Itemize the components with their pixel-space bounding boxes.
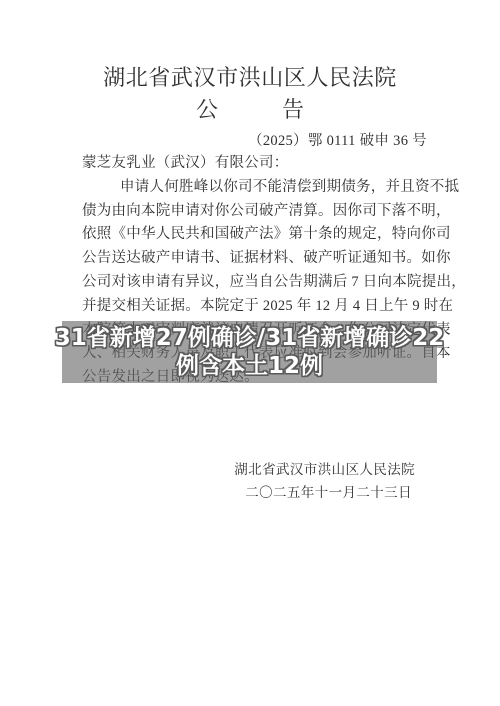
body-line: 申请人何胜峰以你司不能清偿到期债务，并且资不抵: [82, 176, 440, 200]
notice-title: 公 告: [0, 93, 500, 124]
notice-title-char-left: 公: [196, 93, 218, 124]
body-line: 债为由向本院申请对你公司破产清算。因你司下落不明，: [82, 200, 440, 224]
signature-court-name: 湖北省武汉市洪山区人民法院: [234, 459, 415, 482]
signature-block: 湖北省武汉市洪山区人民法院 二〇二五年十一月二十三日: [234, 459, 415, 504]
body-line: 依照《中华人民共和国破产法》第十条的规定，特向你司: [82, 223, 440, 247]
case-number: （2025）鄂 0111 破申 36 号: [248, 129, 427, 150]
body-line: 公告送达破产申请书、证据材料、破产听证通知书。如你: [82, 247, 440, 271]
body-line: 公司对该申请有异议，应当自公告期满后 7 日向本院提出，: [82, 271, 440, 295]
body-line: 并提交相关证据。本院定于 2025 年 12 月 4 日上午 9 时在: [82, 295, 440, 319]
court-header-title: 湖北省武汉市洪山区人民法院: [0, 61, 500, 92]
caption-line-2: 例含本土12例: [176, 352, 323, 381]
signature-date: 二〇二五年十一月二十三日: [234, 482, 415, 505]
news-caption-overlay: 31省新增27例确诊/31省新增确诊22 例含本土12例: [62, 321, 437, 383]
addressee-line: 蒙芝友乳业（武汉）有限公司：: [82, 152, 440, 176]
court-notice-page: 湖北省武汉市洪山区人民法院 公 告 （2025）鄂 0111 破申 36 号 蒙…: [0, 0, 500, 706]
notice-title-char-right: 告: [282, 93, 304, 124]
caption-line-1: 31省新增27例确诊/31省新增确诊22: [55, 324, 444, 353]
